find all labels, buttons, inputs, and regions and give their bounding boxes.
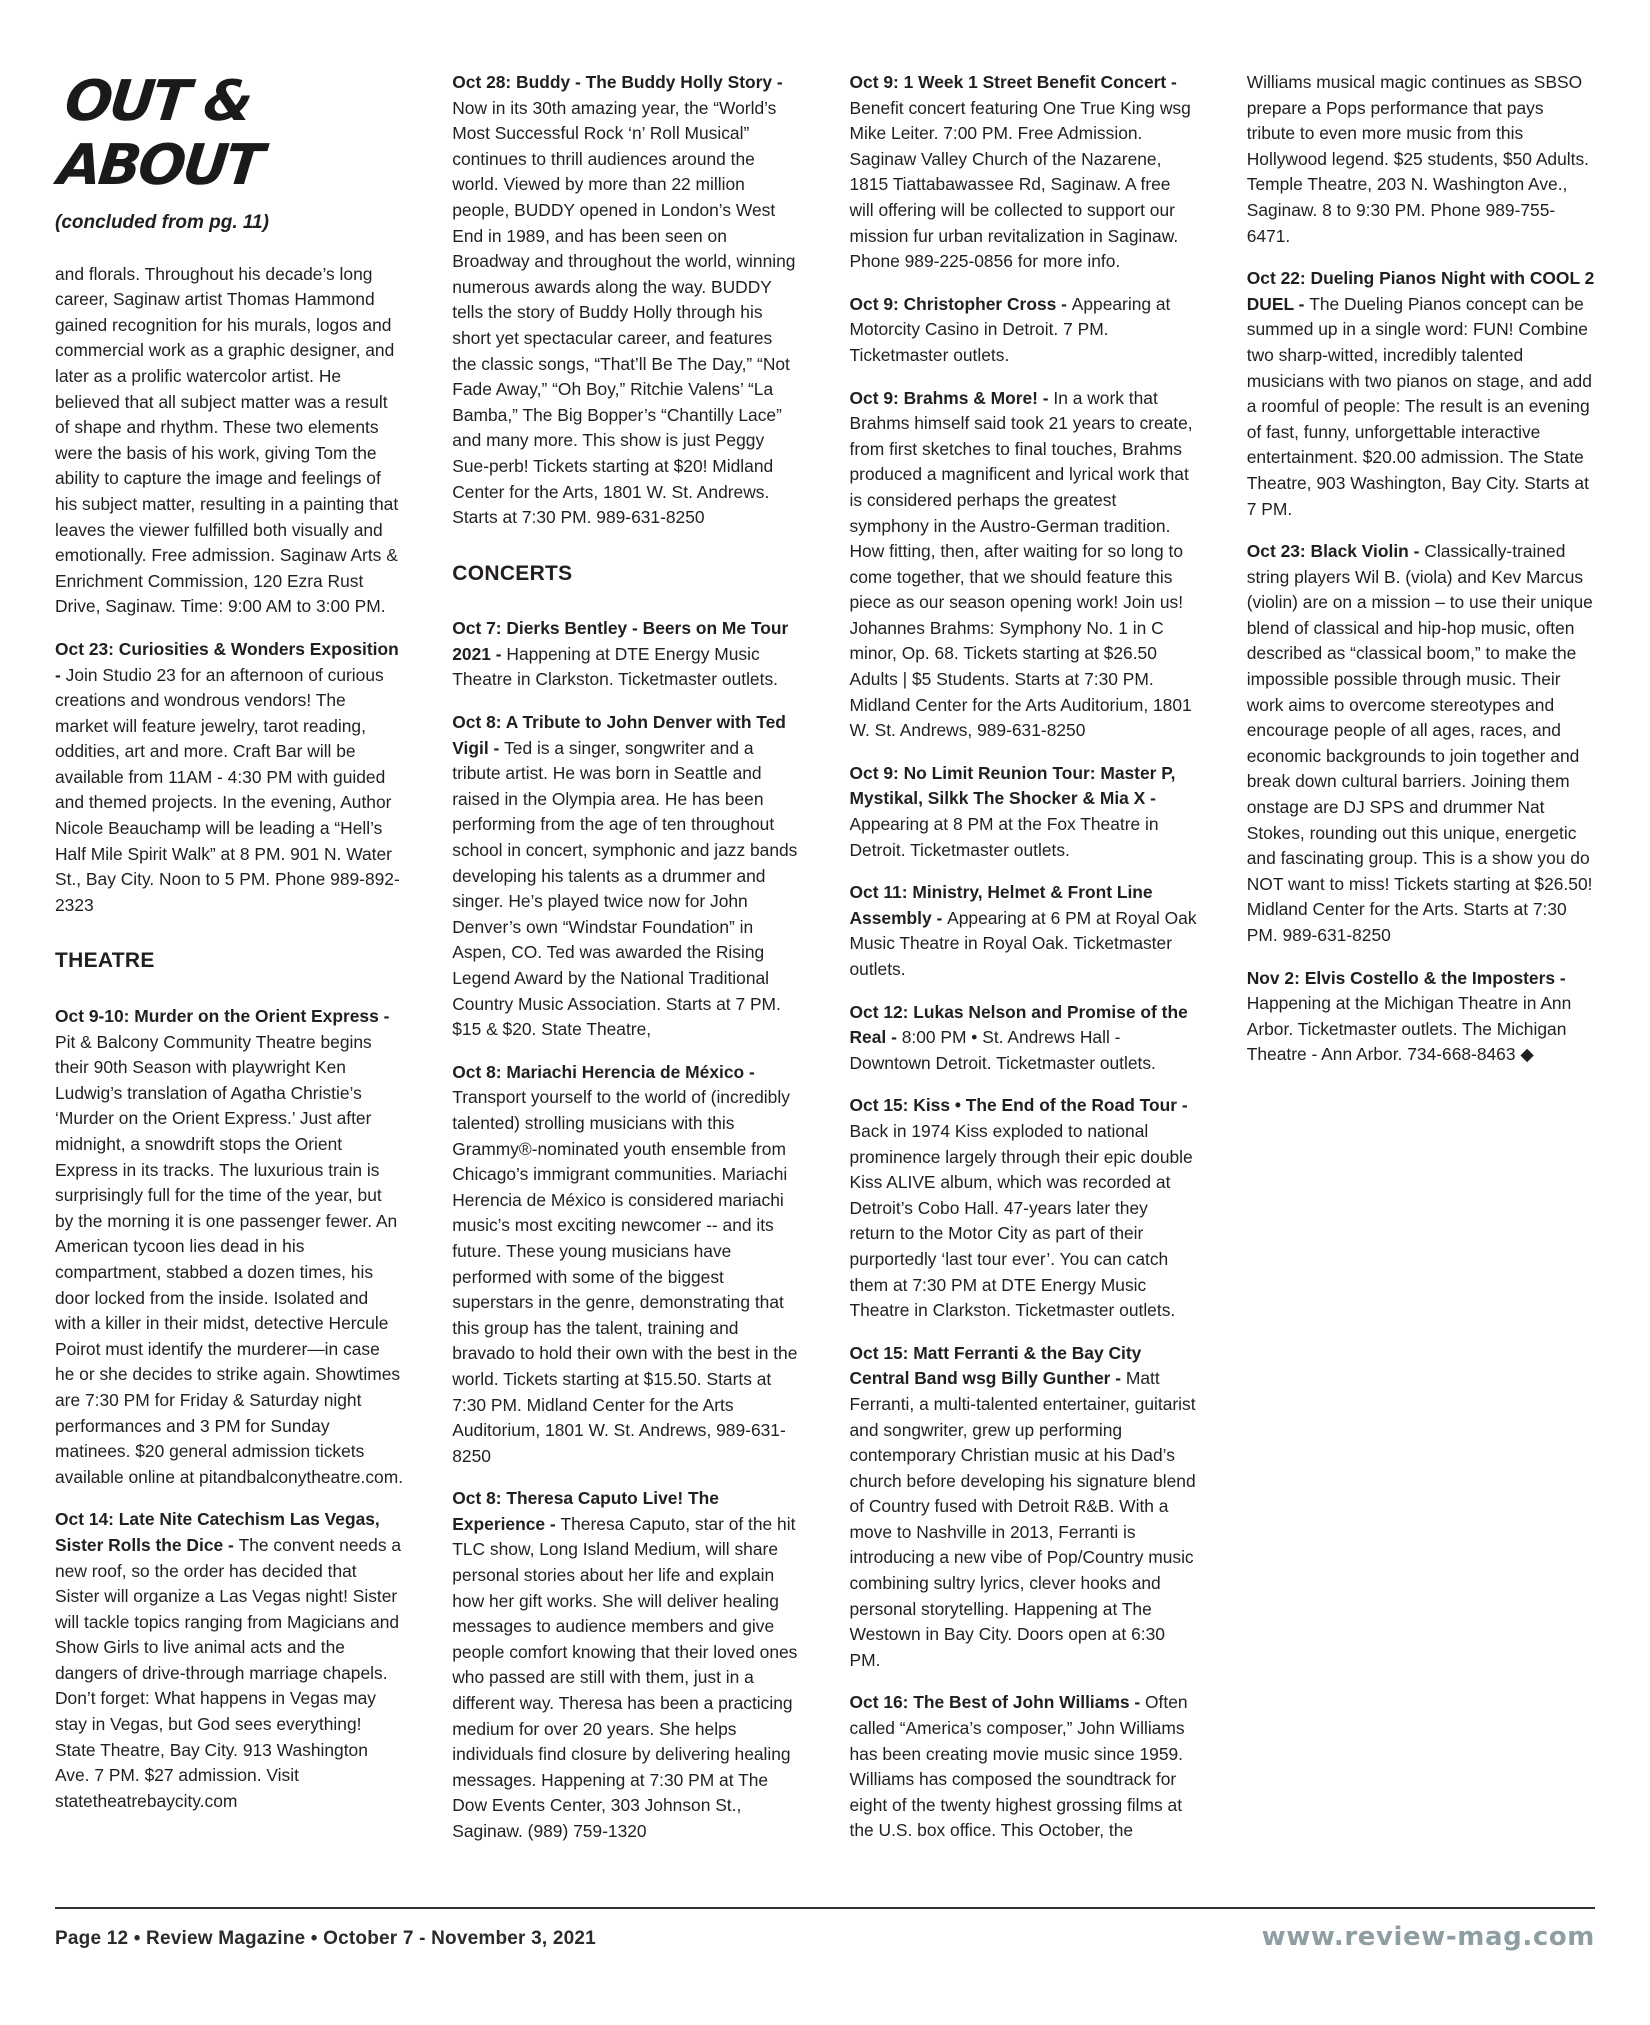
event-listing: Oct 7: Dierks Bentley - Beers on Me Tour…	[452, 616, 800, 693]
event-body: Now in its 30th amazing year, the “World…	[452, 98, 795, 528]
masthead-title: OUT & ABOUT	[55, 70, 417, 198]
event-heading: Oct 28: Buddy - The Buddy Holly Story -	[452, 72, 782, 92]
event-listing: Nov 2: Elvis Costello & the Imposters - …	[1247, 966, 1595, 1068]
event-listing: Oct 15: Kiss • The End of the Road Tour …	[850, 1093, 1198, 1323]
event-body: Join Studio 23 for an afternoon of curio…	[55, 665, 400, 915]
event-heading: Oct 23: Black Violin -	[1247, 541, 1425, 561]
event-listing: Oct 8: Theresa Caputo Live! The Experien…	[452, 1486, 800, 1844]
event-listing: Oct 23: Black Violin - Classically-train…	[1247, 539, 1595, 949]
event-listing: Oct 8: A Tribute to John Denver with Ted…	[452, 710, 800, 1043]
event-listing: Oct 15: Matt Ferranti & the Bay City Cen…	[850, 1341, 1198, 1674]
intro-continued-paragraph: and florals. Throughout his decade’s lon…	[55, 262, 403, 620]
event-listing: Oct 9: No Limit Reunion Tour: Master P, …	[850, 761, 1198, 863]
event-heading: Oct 15: Kiss • The End of the Road Tour …	[850, 1095, 1188, 1115]
magazine-page: OUT & ABOUT (concluded from pg. 11) and …	[55, 70, 1595, 1890]
section-title-concerts: CONCERTS	[452, 561, 800, 587]
event-body: Appearing at 8 PM at the Fox Theatre in …	[850, 814, 1159, 860]
event-body: Theresa Caputo, star of the hit TLC show…	[452, 1514, 797, 1841]
event-heading: Oct 9-10: Murder on the Orient Express -	[55, 1006, 389, 1026]
event-heading: Oct 9: No Limit Reunion Tour: Master P, …	[850, 763, 1176, 809]
event-listing: Oct 12: Lukas Nelson and Promise of the …	[850, 1000, 1198, 1077]
event-body: In a work that Brahms himself said took …	[850, 388, 1193, 741]
event-body: Transport yourself to the world of (incr…	[452, 1087, 797, 1465]
event-listing: Oct 9: Christopher Cross - Appearing at …	[850, 292, 1198, 369]
footer-website-link[interactable]: www.review-mag.com	[1262, 1922, 1595, 1952]
event-listing: Oct 8: Mariachi Herencia de México - Tra…	[452, 1060, 800, 1470]
section-title-theatre: THEATRE	[55, 948, 403, 974]
event-body: Matt Ferranti, a multi-talented entertai…	[850, 1368, 1196, 1670]
masthead-subtitle: (concluded from pg. 11)	[55, 210, 403, 236]
event-listing: Oct 22: Dueling Pianos Night with COOL 2…	[1247, 266, 1595, 522]
event-heading: Oct 16: The Best of John Williams -	[850, 1692, 1146, 1712]
event-heading: Oct 9: Christopher Cross -	[850, 294, 1072, 314]
footer-divider	[55, 1907, 1595, 1909]
event-body: Benefit concert featuring One True King …	[850, 98, 1191, 272]
event-listing: Oct 9: 1 Week 1 Street Benefit Concert -…	[850, 70, 1198, 275]
event-body: Ted is a singer, songwriter and a tribut…	[452, 738, 797, 1040]
event-body: Back in 1974 Kiss exploded to national p…	[850, 1121, 1193, 1320]
event-body: The Dueling Pianos concept can be summed…	[1247, 294, 1592, 519]
event-heading: Nov 2: Elvis Costello & the Imposters -	[1247, 968, 1566, 988]
event-body: The convent needs a new roof, so the ord…	[55, 1535, 401, 1811]
event-listing: Oct 9-10: Murder on the Orient Express -…	[55, 1004, 403, 1490]
event-listing: Oct 28: Buddy - The Buddy Holly Story - …	[452, 70, 800, 531]
event-body: Classically-trained string players Wil B…	[1247, 541, 1593, 945]
event-listing: Oct 11: Ministry, Helmet & Front Line As…	[850, 880, 1198, 982]
event-listing: Oct 14: Late Nite Catechism Las Vegas, S…	[55, 1507, 403, 1814]
event-heading: Oct 9: 1 Week 1 Street Benefit Concert -	[850, 72, 1177, 92]
event-heading: Oct 9: Brahms & More! -	[850, 388, 1054, 408]
footer-page-info: Page 12 • Review Magazine • October 7 - …	[55, 1928, 596, 1950]
event-body: Pit & Balcony Community Theatre begins t…	[55, 1032, 403, 1487]
event-heading: Oct 8: Mariachi Herencia de México -	[452, 1062, 755, 1082]
event-listing: Oct 9: Brahms & More! - In a work that B…	[850, 386, 1198, 744]
event-listing: Oct 23: Curiosities & Wonders Exposition…	[55, 637, 403, 919]
diamond-end-mark-icon: ◆	[1520, 1044, 1533, 1064]
event-heading: Oct 15: Matt Ferranti & the Bay City Cen…	[850, 1343, 1142, 1389]
article-columns: OUT & ABOUT (concluded from pg. 11) and …	[55, 70, 1595, 1860]
